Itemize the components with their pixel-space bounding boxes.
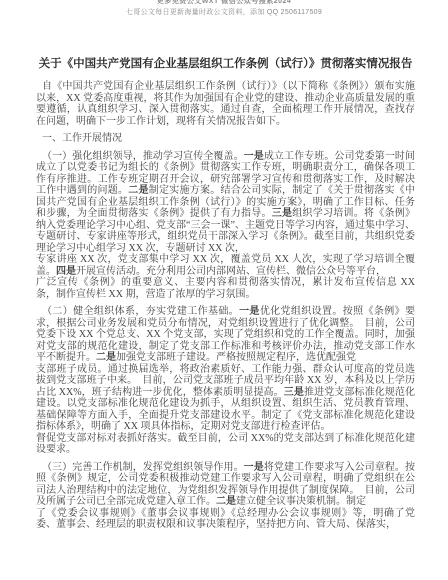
- bold-run: 二是: [128, 185, 149, 196]
- text-run: 开展宣传活动。充分利用公司内部网站、宣传栏、微信公众号等平台， 广泛宣传《条例》…: [36, 266, 418, 300]
- text-run: 自《中国共产党国有企业基层组织工作条例（试行）》（以下简称《条例》）颁布实施以来…: [36, 81, 415, 127]
- watermark-line-2: 七哥公文每日更新海量时政公文资料，添加 QQ 2506117509: [0, 8, 448, 17]
- document-body: 自《中国共产党国有企业基层组织工作条例（试行）》（以下简称《条例》）颁布实施以来…: [36, 81, 415, 531]
- paragraph-point-2: （二）健全组织体系，夯实党建工作基础。一是优化党组织设置。按照《条例》要求，根据…: [36, 306, 415, 456]
- bold-run: 二是: [96, 352, 116, 363]
- text-run: （二）健全组织体系，夯实党建工作基础。: [42, 306, 239, 317]
- bold-run: 一是: [244, 462, 264, 473]
- paragraph-point-3: （三）完善工作机制，发挥党组织领导作用。一是将党建工作要求写入公司章程。按照《条…: [36, 462, 415, 531]
- text-run: （一）强化组织领导，推动学习宣传全覆盖。: [42, 151, 244, 162]
- bold-run: 三是: [272, 208, 293, 219]
- bold-run: 三是: [284, 387, 304, 398]
- document-content: 关于《中国共产党国有企业基层组织工作条例（试行）》贯彻落实情况报告 自《中国共产…: [0, 57, 448, 531]
- paragraph-intro: 自《中国共产党国有企业基层组织工作条例（试行）》（以下简称《条例》）颁布实施以来…: [36, 81, 415, 127]
- watermark-header: 更多免费公文WXT 微信公众号搜索2024 七哥公文每日更新海量时政公文资料，添…: [0, 0, 448, 17]
- bold-run: 一是: [244, 151, 264, 162]
- watermark-line-1: 更多免费公文WXT 微信公众号搜索2024: [0, 0, 448, 6]
- bold-run: 二是: [216, 496, 236, 507]
- text-run: （三）完善工作机制，发挥党组织领导作用。: [42, 462, 244, 473]
- heading-section-1: 一、工作开展情况: [36, 133, 415, 145]
- bold-run: 四是: [56, 266, 76, 277]
- paragraph-point-1: （一）强化组织领导，推动学习宣传全覆盖。一是成立工作专班。公司党委第一时间成立了…: [36, 151, 415, 301]
- document-title: 关于《中国共产党国有企业基层组织工作条例（试行）》贯彻落实情况报告: [36, 57, 415, 72]
- bold-run: 一是: [239, 306, 260, 317]
- document-page: { "page": { "colors": { "background": "#…: [0, 0, 448, 580]
- text-run: 一、工作开展情况: [42, 133, 122, 144]
